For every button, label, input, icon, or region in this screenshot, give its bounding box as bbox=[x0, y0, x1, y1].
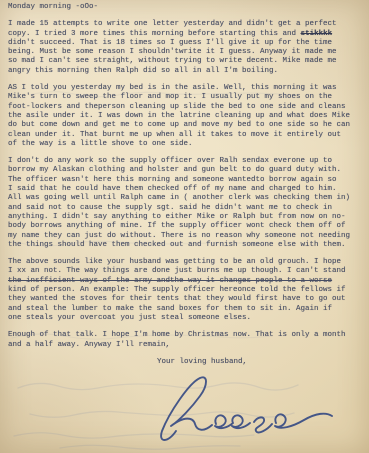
letter-paragraph-1: I made 15 attempts to write one letter y… bbox=[8, 20, 363, 76]
paragraph-text: didn't succeed. That is 18 times so I gu… bbox=[8, 39, 337, 75]
letter-paragraph-5: Enough of that talk. I hope I'm home by … bbox=[8, 331, 363, 350]
letter-paragraph-2: AS I told you yesterday my bed is in the… bbox=[8, 84, 363, 149]
signature-handwriting bbox=[146, 371, 346, 445]
paragraph-text: The above sounds like your husband was g… bbox=[8, 258, 346, 275]
letter-body: Monday morning -oOo- I made 15 attempts … bbox=[8, 3, 363, 449]
letter-closing: Your loving husband, bbox=[157, 358, 363, 367]
struck-out-line: the insfficient ways of the army andthe … bbox=[8, 277, 332, 285]
signature bbox=[146, 371, 363, 449]
paragraph-text: kind of person. An example: The supply o… bbox=[8, 286, 346, 322]
letter-page: Monday morning -oOo- I made 15 attempts … bbox=[0, 0, 369, 453]
letter-dateline: Monday morning -oOo- bbox=[8, 3, 363, 12]
paragraph-text: I made 15 attempts to write one letter y… bbox=[8, 20, 337, 37]
struck-out-word: stikkkk bbox=[301, 30, 333, 38]
letter-paragraph-3: I don't do any work so the supply office… bbox=[8, 157, 363, 250]
letter-paragraph-4: The above sounds like your husband was g… bbox=[8, 258, 363, 323]
